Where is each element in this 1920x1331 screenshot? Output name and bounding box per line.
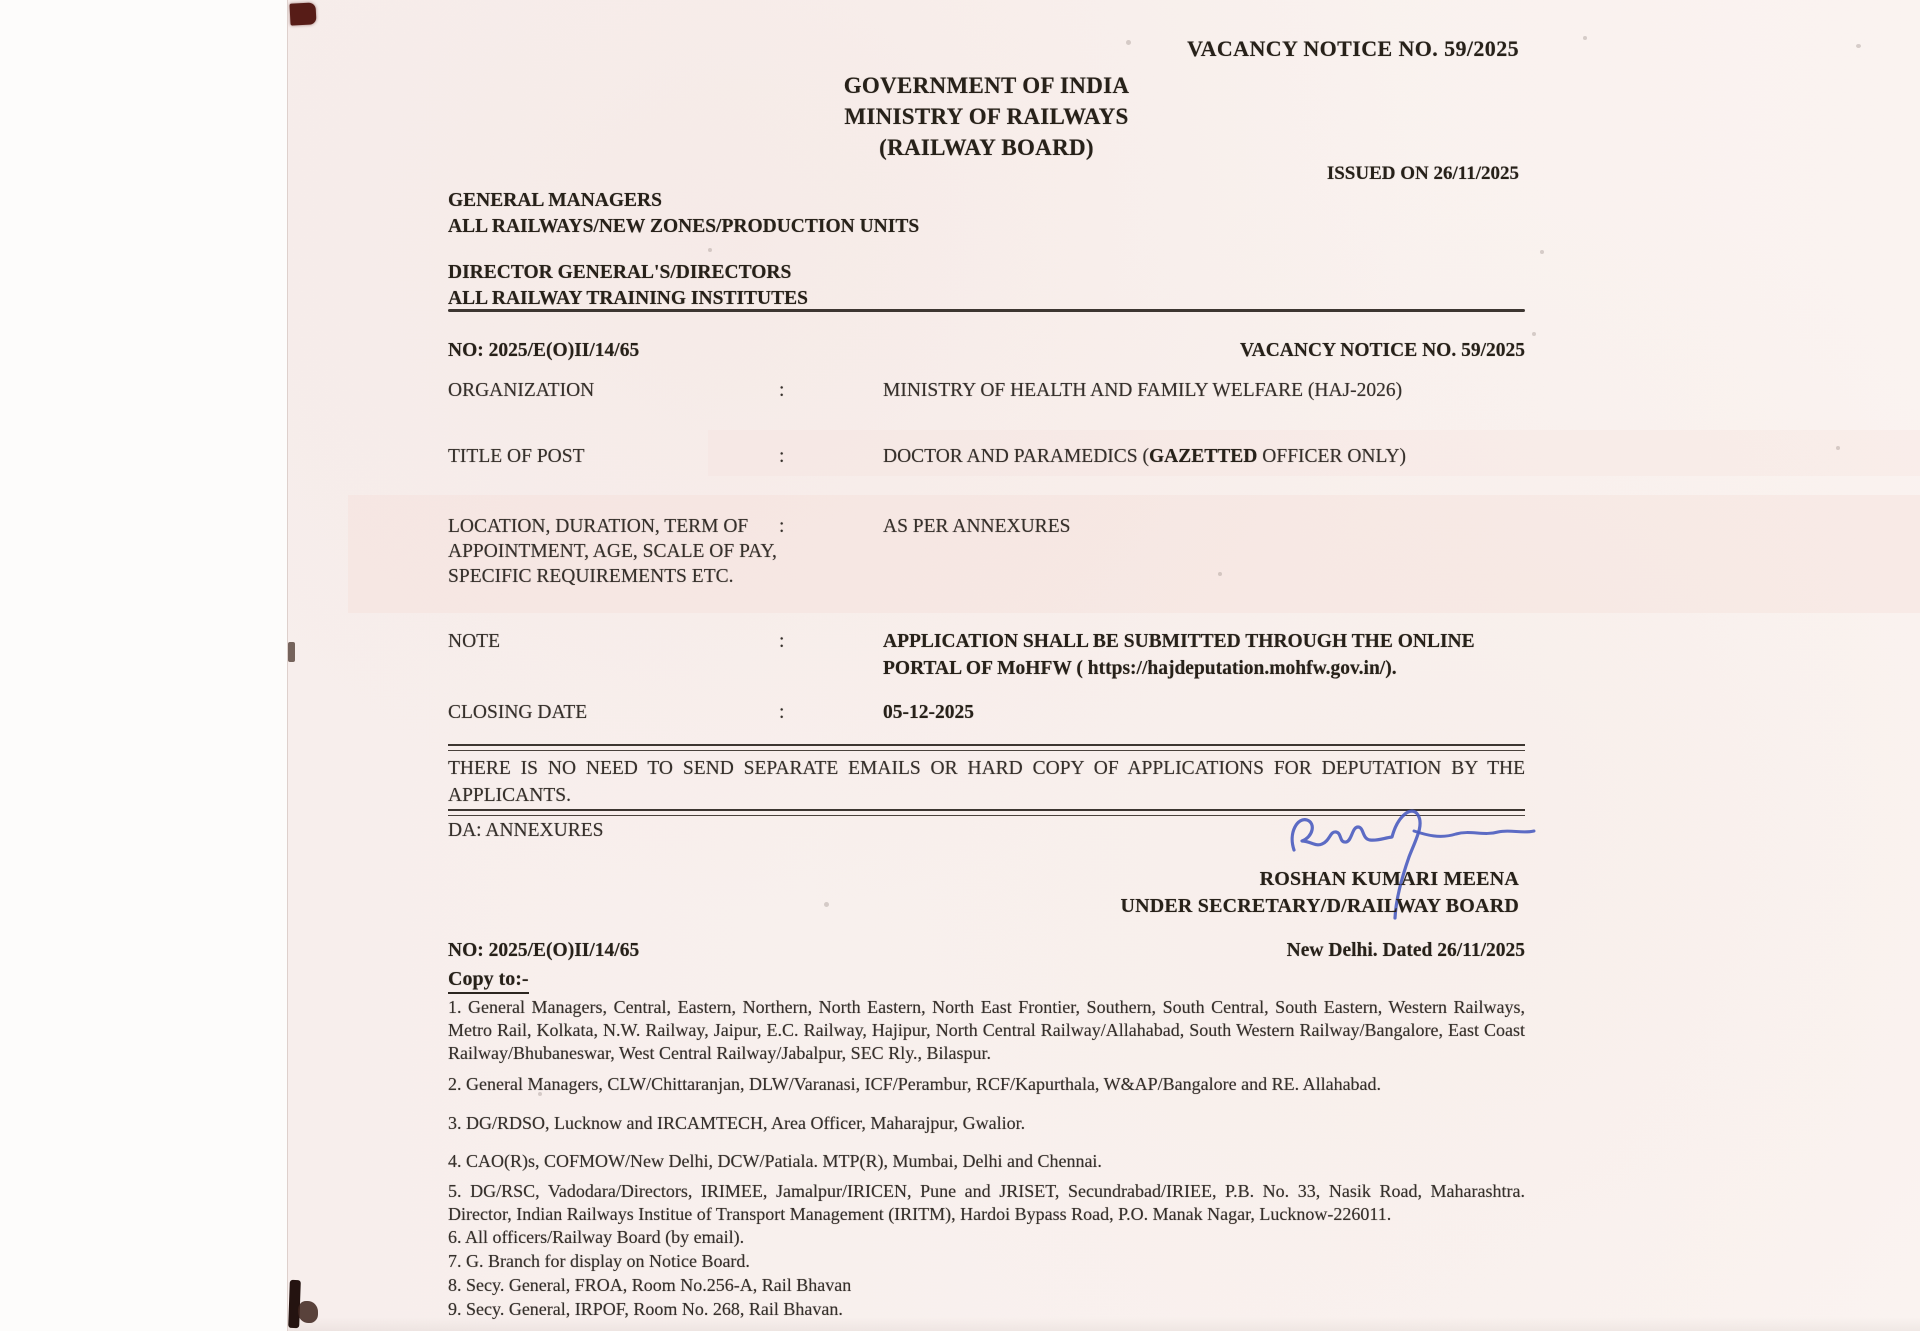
horizontal-rule-double (448, 809, 1525, 816)
field-label: ORGANIZATION (448, 378, 779, 403)
field-location-duration: LOCATION, DURATION, TERM OF APPOINTMENT,… (448, 514, 1525, 589)
copy-to-item-6: 6. All officers/Railway Board (by email)… (448, 1226, 1525, 1249)
horizontal-rule (448, 309, 1525, 312)
copy-to-item-9: 9. Secy. General, IRPOF, Room No. 268, R… (448, 1298, 1525, 1321)
field-label: TITLE OF POST (448, 444, 779, 469)
copy-to-item-1: 1. General Managers, Central, Eastern, N… (448, 996, 1525, 1065)
vacancy-notice-number-mid: VACANCY NOTICE NO. 59/2025 (1240, 340, 1525, 362)
scan-speck (1126, 40, 1131, 45)
scan-speck (1532, 332, 1536, 336)
addressee-line: ALL RAILWAYS/NEW ZONES/PRODUCTION UNITS (448, 214, 919, 240)
field-value-note: APPLICATION SHALL BE SUBMITTED THROUGH T… (883, 628, 1483, 682)
field-value: MINISTRY OF HEALTH AND FAMILY WELFARE (H… (883, 378, 1525, 403)
copy-to-item-4: 4. CAO(R)s, COFMOW/New Delhi, DCW/Patial… (448, 1150, 1525, 1173)
title-value-pre: DOCTOR AND PARAMEDICS ( (883, 446, 1149, 467)
place-and-date: New Delhi. Dated 26/11/2025 (1287, 940, 1525, 962)
scan-speck (708, 248, 712, 252)
reference-row: NO: 2025/E(O)II/14/65 VACANCY NOTICE NO.… (448, 340, 1525, 362)
field-note: NOTE : APPLICATION SHALL BE SUBMITTED TH… (448, 628, 1525, 682)
title-value-post: OFFICER ONLY) (1257, 446, 1406, 467)
reference-row-2: NO: 2025/E(O)II/14/65 New Delhi. Dated 2… (448, 940, 1525, 962)
copy-to-item-2: 2. General Managers, CLW/Chittaranjan, D… (448, 1073, 1525, 1096)
addressee-line: DIRECTOR GENERAL'S/DIRECTORS (448, 260, 808, 286)
vacancy-notice-number-top: VACANCY NOTICE NO. 59/2025 (1187, 36, 1519, 62)
scan-speck (1856, 44, 1861, 48)
field-colon: : (779, 700, 883, 725)
addressee-director-generals: DIRECTOR GENERAL'S/DIRECTORS ALL RAILWAY… (448, 260, 808, 312)
reference-number: NO: 2025/E(O)II/14/65 (448, 340, 639, 362)
scan-artifact-top-left (289, 2, 316, 25)
copy-to-item-7: 7. G. Branch for display on Notice Board… (448, 1250, 1525, 1273)
field-label: LOCATION, DURATION, TERM OF APPOINTMENT,… (448, 514, 779, 589)
scan-artifact-bottom-left (288, 1280, 301, 1328)
addressee-general-managers: GENERAL MANAGERS ALL RAILWAYS/NEW ZONES/… (448, 188, 919, 240)
scan-speck (1583, 36, 1587, 40)
scan-artifact-bottom-left (298, 1301, 318, 1323)
horizontal-rule-double (448, 744, 1525, 751)
field-organization: ORGANIZATION : MINISTRY OF HEALTH AND FA… (448, 378, 1525, 403)
da-annexures-line: DA: ANNEXURES (448, 820, 603, 842)
field-title-of-post: TITLE OF POST : DOCTOR AND PARAMEDICS (G… (448, 444, 1525, 469)
field-label: NOTE (448, 628, 779, 682)
field-value: AS PER ANNEXURES (883, 514, 1525, 589)
copy-to-list: 1. General Managers, Central, Eastern, N… (448, 996, 1525, 1321)
letterhead-line-board: (RAILWAY BOARD) (448, 132, 1525, 163)
scan-speck (1540, 250, 1544, 254)
title-value-gazetted: GAZETTED (1149, 446, 1257, 467)
copy-to-item-8: 8. Secy. General, FROA, Room No.256-A, R… (448, 1274, 1525, 1297)
field-label: CLOSING DATE (448, 700, 779, 725)
scan-speck (824, 902, 829, 907)
field-colon: : (779, 628, 883, 682)
signatory-name: ROSHAN KUMARI MEENA (1260, 868, 1519, 891)
no-separate-emails-statement: THERE IS NO NEED TO SEND SEPARATE EMAILS… (448, 755, 1525, 809)
letterhead: GOVERNMENT OF INDIA MINISTRY OF RAILWAYS… (448, 70, 1525, 163)
issued-on-date: ISSUED ON 26/11/2025 (1327, 163, 1519, 185)
letterhead-line-ministry: MINISTRY OF RAILWAYS (448, 101, 1525, 132)
letterhead-line-government: GOVERNMENT OF INDIA (448, 70, 1525, 101)
signatory-designation: UNDER SECRETARY/D/RAILWAY BOARD (1120, 895, 1519, 918)
field-value-closing-date: 05-12-2025 (883, 700, 1525, 725)
scan-speck (1836, 446, 1840, 450)
reference-number-2: NO: 2025/E(O)II/14/65 (448, 940, 639, 962)
scanned-vacancy-notice-page: VACANCY NOTICE NO. 59/2025 GOVERNMENT OF… (287, 0, 1920, 1331)
field-colon: : (779, 514, 883, 589)
field-colon: : (779, 378, 883, 403)
copy-to-heading: Copy to:- (448, 968, 529, 994)
addressee-line: GENERAL MANAGERS (448, 188, 919, 214)
copy-to-item-3: 3. DG/RDSO, Lucknow and IRCAMTECH, Area … (448, 1112, 1525, 1135)
field-closing-date: CLOSING DATE : 05-12-2025 (448, 700, 1525, 725)
field-colon: : (779, 444, 883, 469)
scan-artifact-left-edge (288, 642, 295, 662)
field-value: DOCTOR AND PARAMEDICS (GAZETTED OFFICER … (883, 444, 1525, 469)
copy-to-item-5: 5. DG/RSC, Vadodara/Directors, IRIMEE, J… (448, 1180, 1525, 1226)
